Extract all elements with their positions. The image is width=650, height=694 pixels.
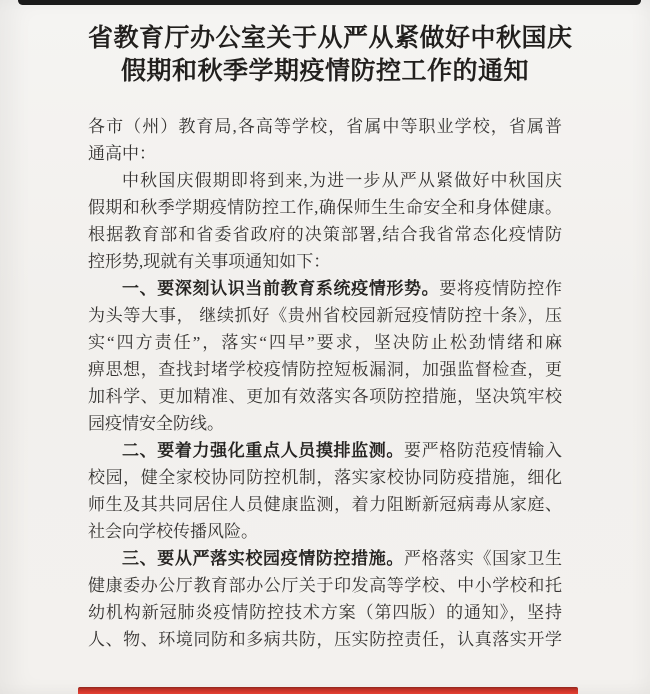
body-text: 校园，健全家校协同防控机制，落实家校协同防疫措施，细化 bbox=[88, 468, 562, 487]
body-line: 控形势,现就有关事项通知如下： bbox=[88, 248, 562, 275]
body-text: 控形势,现就有关事项通知如下： bbox=[88, 252, 330, 271]
notice-title-line-2: 假期和秋季学期疫情防控工作的通知 bbox=[88, 55, 562, 88]
body-text: 要严格防范疫情输入 bbox=[404, 441, 562, 460]
body-text: 痹思想，查找封堵学校疫情防控短板漏洞，加强监督检查，更 bbox=[88, 360, 562, 379]
body-text: 假期和秋季学期疫情防控工作,确保师生生命安全和身体健康。 bbox=[88, 198, 562, 217]
body-line: 通高中： bbox=[88, 140, 562, 167]
window-top-edge-bar bbox=[18, 0, 641, 5]
body-line: 师生及其共同居住人员健康监测，着力阻断新冠病毒从家庭、 bbox=[88, 491, 562, 518]
body-line: 痹思想，查找封堵学校疫情防控短板漏洞，加强监督检查，更 bbox=[88, 356, 562, 383]
body-line: 假期和秋季学期疫情防控工作,确保师生生命安全和身体健康。 bbox=[88, 194, 562, 221]
body-text: 中秋国庆假期即将到来,为进一步从严从紧做好中秋国庆 bbox=[122, 171, 562, 190]
body-text: 实“四方责任”，落实“四早”要求，坚决防止松劲情绪和麻 bbox=[88, 333, 562, 352]
document-photo: 省教育厅办公室关于从严从紧做好中秋国庆 假期和秋季学期疫情防控工作的通知 各市（… bbox=[0, 0, 650, 694]
body-text: 根据教育部和省委省政府的决策部署,结合我省常态化疫情防 bbox=[88, 225, 562, 244]
body-line: 社会向学校传播风险。 bbox=[88, 518, 562, 545]
body-line: 一、要深刻认识当前教育系统疫情形势。要将疫情防控作 bbox=[88, 275, 562, 302]
body-line: 二、要着力强化重点人员摸排监测。要严格防范疫情输入 bbox=[88, 437, 562, 464]
body-text: 人、物、环境同防和多病共防，压实防控责任，认真落实开学 bbox=[88, 630, 562, 649]
body-line: 园疫情安全防线。 bbox=[88, 410, 562, 437]
body-line: 为头等大事， 继续抓好《贵州省校园新冠疫情防控十条》，压 bbox=[88, 302, 562, 329]
body-text: 严格落实《国家卫生 bbox=[404, 549, 562, 568]
notice-title-line-1: 省教育厅办公室关于从严从紧做好中秋国庆 bbox=[88, 22, 562, 55]
body-text: 加科学、更加精准、更加有效落实各项防控措施，坚决筑牢校 bbox=[88, 387, 562, 406]
body-text: 社会向学校传播风险。 bbox=[88, 522, 258, 541]
body-line: 幼机构新冠肺炎疫情防控技术方案（第四版）的通知》，坚持 bbox=[88, 599, 562, 626]
body-text: 要将疫情防控作 bbox=[439, 279, 562, 298]
notice-body: 各市（州）教育局,各高等学校，省属中等职业学校，省属普通高中：中秋国庆假期即将到… bbox=[88, 113, 562, 653]
body-text: 为头等大事， 继续抓好《贵州省校园新冠疫情防控十条》，压 bbox=[88, 306, 562, 325]
notice-title: 省教育厅办公室关于从严从紧做好中秋国庆 假期和秋季学期疫情防控工作的通知 bbox=[88, 22, 562, 88]
body-line: 各市（州）教育局,各高等学校，省属中等职业学校，省属普 bbox=[88, 113, 562, 140]
body-text: 各市（州）教育局,各高等学校，省属中等职业学校，省属普 bbox=[88, 117, 562, 136]
body-line: 人、物、环境同防和多病共防，压实防控责任，认真落实开学 bbox=[88, 626, 562, 653]
body-line: 加科学、更加精准、更加有效落实各项防控措施，坚决筑牢校 bbox=[88, 383, 562, 410]
body-line: 根据教育部和省委省政府的决策部署,结合我省常态化疫情防 bbox=[88, 221, 562, 248]
body-text: 师生及其共同居住人员健康监测，着力阻断新冠病毒从家庭、 bbox=[88, 495, 562, 514]
body-line: 健康委办公厅教育部办公厅关于印发高等学校、中小学校和托 bbox=[88, 572, 562, 599]
section-heading: 三、要从严落实校园疫情防控措施。 bbox=[122, 549, 404, 568]
body-line: 实“四方责任”，落实“四早”要求，坚决防止松劲情绪和麻 bbox=[88, 329, 562, 356]
body-line: 三、要从严落实校园疫情防控措施。严格落实《国家卫生 bbox=[88, 545, 562, 572]
body-text: 健康委办公厅教育部办公厅关于印发高等学校、中小学校和托 bbox=[88, 576, 562, 595]
red-divider-bar bbox=[78, 687, 578, 694]
section-heading: 二、要着力强化重点人员摸排监测。 bbox=[122, 441, 404, 460]
body-line: 校园，健全家校协同防控机制，落实家校协同防疫措施，细化 bbox=[88, 464, 562, 491]
body-text: 园疫情安全防线。 bbox=[88, 414, 224, 433]
body-text: 幼机构新冠肺炎疫情防控技术方案（第四版）的通知》，坚持 bbox=[88, 603, 562, 622]
section-heading: 一、要深刻认识当前教育系统疫情形势。 bbox=[122, 279, 439, 298]
body-text: 通高中： bbox=[88, 144, 156, 163]
body-line: 中秋国庆假期即将到来,为进一步从严从紧做好中秋国庆 bbox=[88, 167, 562, 194]
